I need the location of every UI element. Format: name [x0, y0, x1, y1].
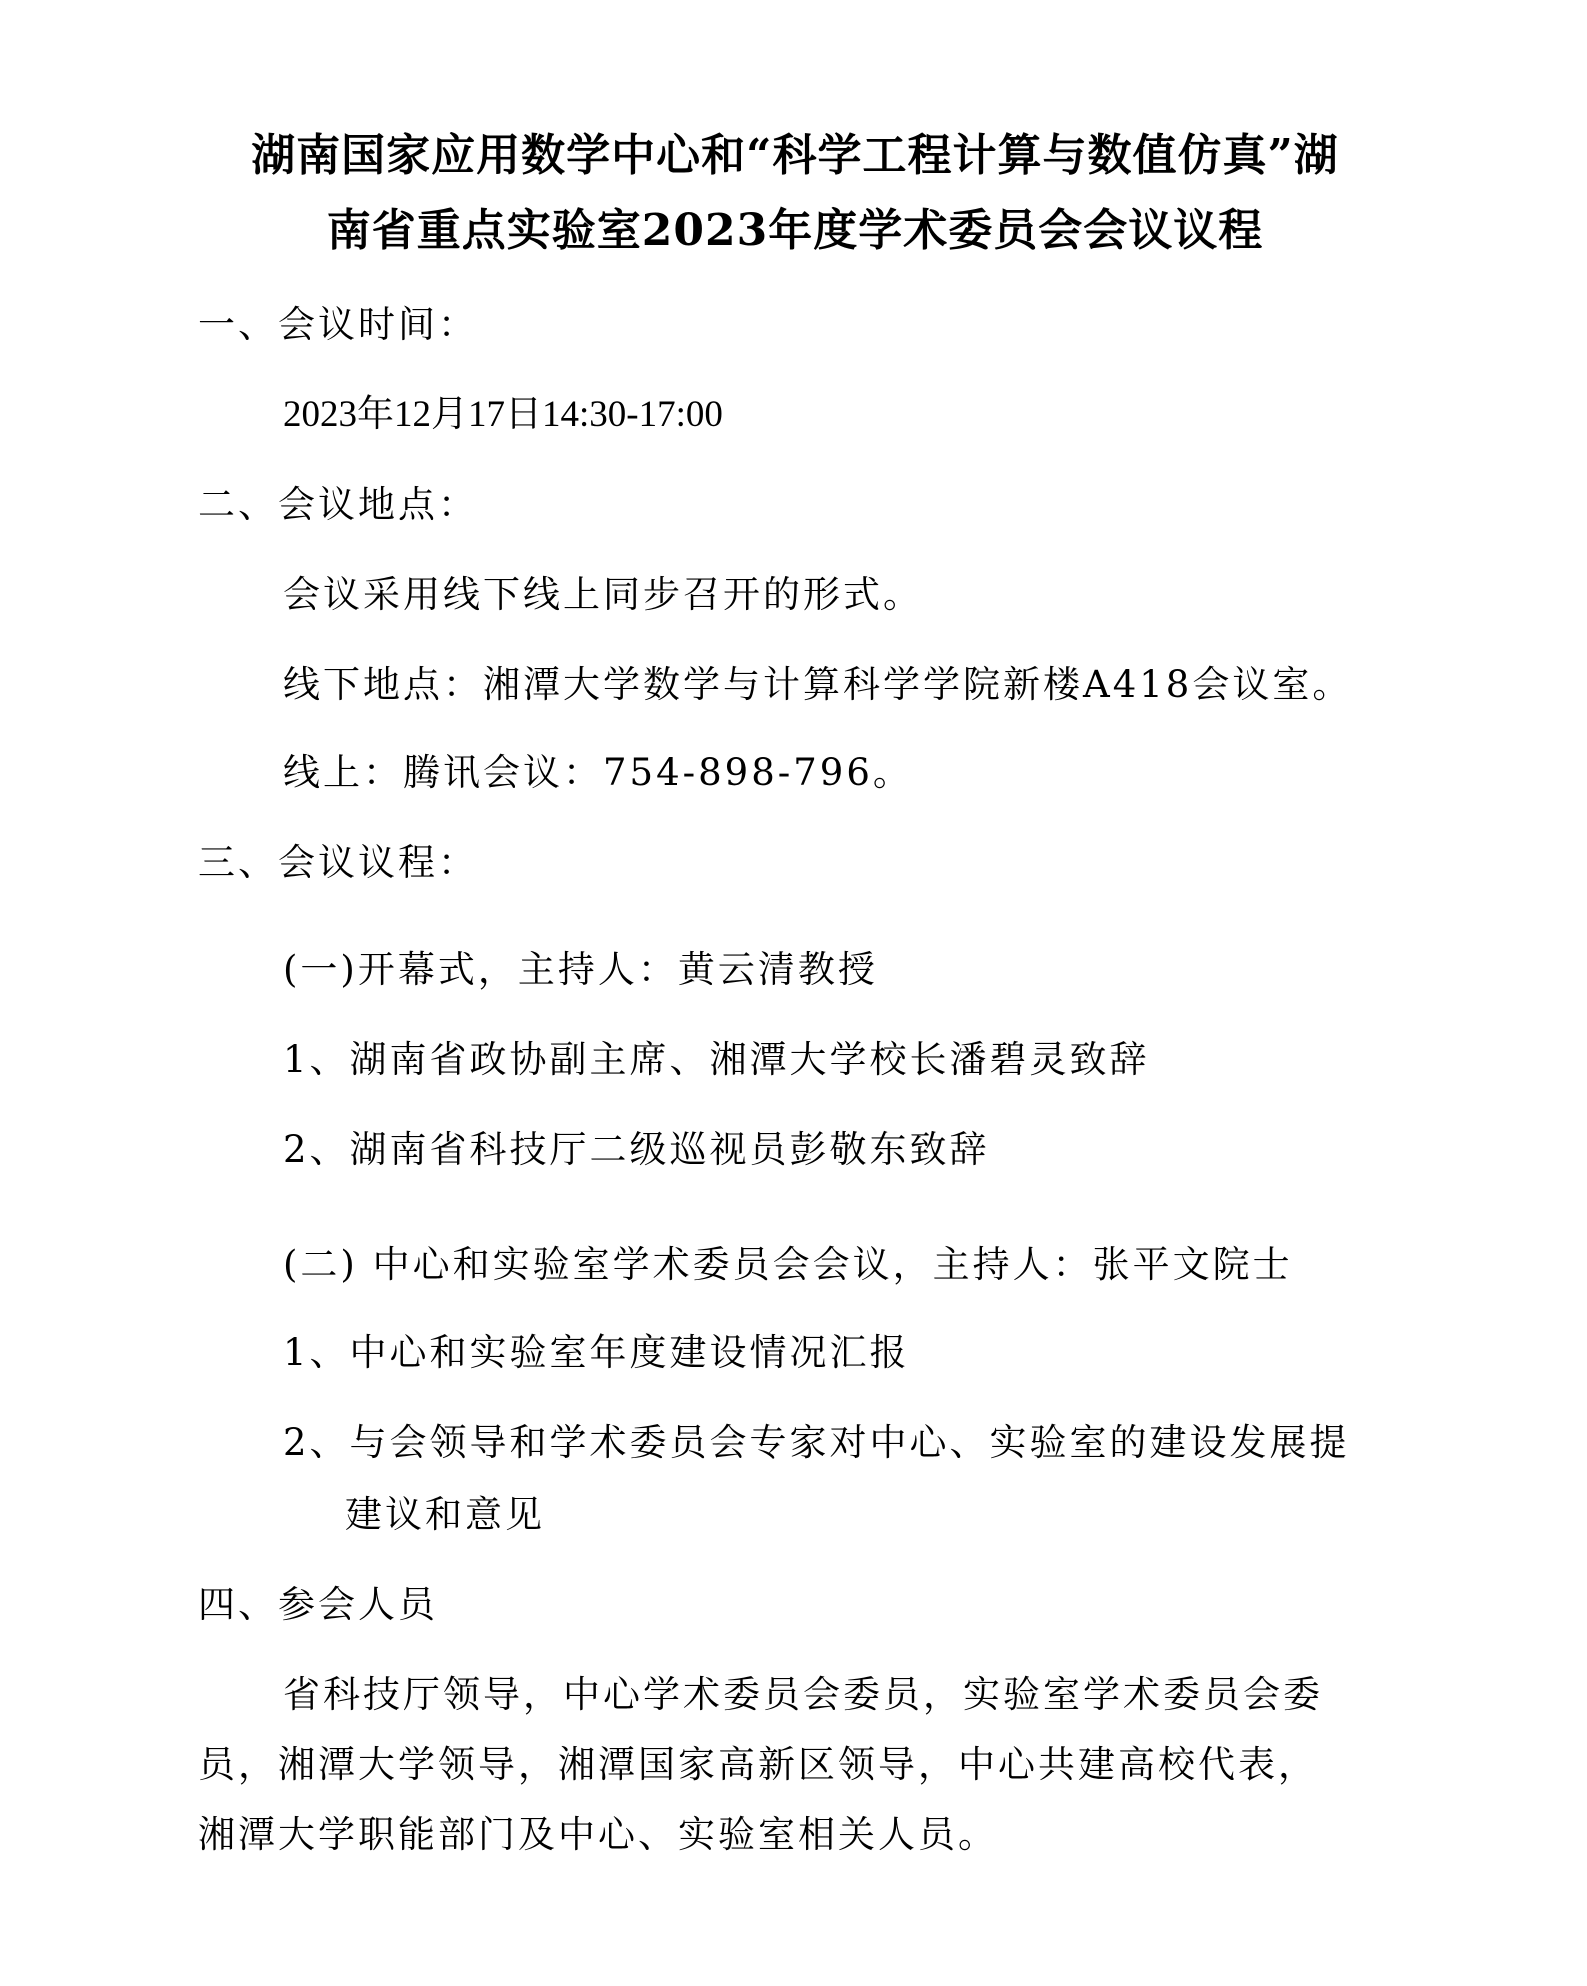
document-page: 湖南国家应用数学中心和“科学工程计算与数值仿真”湖 南省重点实验室2023年度学… — [0, 0, 1587, 1986]
attendees-text-line-2: 员，湘潭大学领导，湘潭国家高新区领导，中心共建高校代表， — [198, 1740, 1318, 1790]
online-meeting-text: 线上：腾讯会议：754-898-796。 — [283, 748, 913, 798]
offline-location-text: 线下地点：湘潭大学数学与计算科学学院新楼A418会议室。 — [283, 660, 1352, 710]
section-heading-attendees: 四、参会人员 — [198, 1580, 438, 1630]
attendees-text-line-1: 省科技厅领导，中心学术委员会委员，实验室学术委员会委 — [283, 1670, 1323, 1720]
section-heading-meeting-location: 二、会议地点： — [198, 480, 478, 530]
agenda-item: 2、与会领导和学术委员会专家对中心、实验室的建设发展提 — [283, 1418, 1350, 1468]
agenda-item: 1、湖南省政协副主席、湘潭大学校长潘碧灵致辞 — [283, 1035, 1150, 1085]
meeting-format-text: 会议采用线下线上同步召开的形式。 — [283, 570, 923, 620]
agenda-subsection-committee-meeting: (二) 中心和实验室学术委员会会议，主持人：张平文院士 — [283, 1240, 1293, 1290]
meeting-time-value: 2023年12月17日14:30-17:00 — [283, 390, 723, 440]
section-heading-meeting-time: 一、会议时间： — [198, 300, 478, 350]
document-title-line-1: 湖南国家应用数学中心和“科学工程计算与数值仿真”湖 — [190, 128, 1400, 184]
agenda-item: 1、中心和实验室年度建设情况汇报 — [283, 1328, 910, 1378]
agenda-item-continuation: 建议和意见 — [345, 1490, 545, 1540]
agenda-subsection-opening: (一)开幕式，主持人：黄云清教授 — [283, 945, 878, 995]
document-title-line-2: 南省重点实验室2023年度学术委员会会议议程 — [190, 203, 1400, 259]
attendees-text-line-3: 湘潭大学职能部门及中心、实验室相关人员。 — [198, 1810, 998, 1860]
agenda-item: 2、湖南省科技厅二级巡视员彭敬东致辞 — [283, 1125, 990, 1175]
section-heading-agenda: 三、会议议程： — [198, 838, 478, 888]
